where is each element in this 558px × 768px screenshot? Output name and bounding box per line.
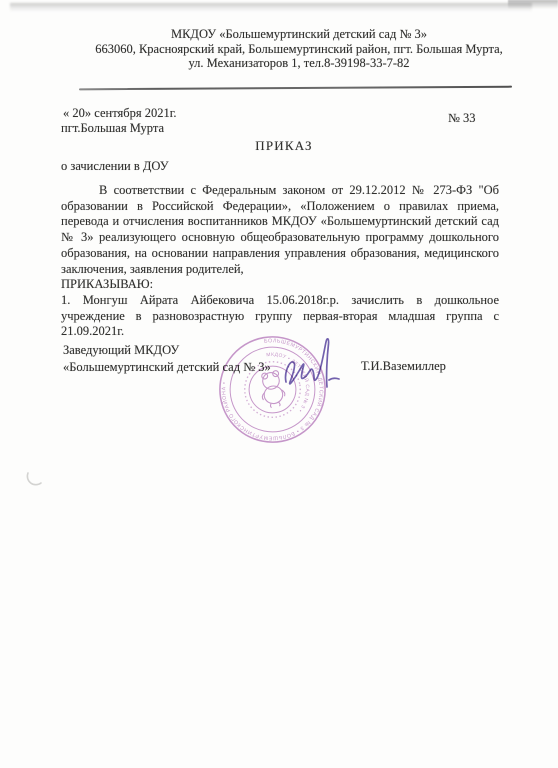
organization-phone: ул. Механизаторов 1, тел.8-39198-33-7-82	[70, 56, 528, 71]
scan-crescent-mark	[25, 469, 45, 489]
document-number: № 33	[448, 111, 476, 126]
document-place: пгт.Большая Мурта	[61, 121, 164, 136]
document-date: « 20» сентября 2021г.	[63, 106, 177, 121]
organization-address: 663060, Красноярский край, Большемуртинс…	[70, 42, 528, 57]
document-body: В соответствии с Федеральным законом от …	[61, 183, 499, 340]
signer-position-line1: Заведующий МКДОУ	[63, 343, 179, 358]
decree-word: ПРИКАЗЫВАЮ:	[61, 277, 499, 293]
organization-name: МКДОУ «Большемуртинский детский сад № 3»	[70, 27, 528, 42]
body-paragraph: В соответствии с Федеральным законом от …	[61, 183, 499, 277]
handwritten-signature	[281, 335, 343, 399]
scan-shadow-corner	[508, 0, 558, 9]
document-title: ПРИКАЗ	[60, 138, 508, 154]
signer-name: Т.И.Ваземиллер	[361, 359, 446, 374]
scan-shadow-top	[10, 3, 532, 12]
header-divider	[79, 86, 512, 90]
document-subject: о зачислении в ДОУ	[61, 159, 169, 174]
scanned-order-document: МКДОУ «Большемуртинский детский сад № 3»…	[0, 0, 558, 768]
letterhead: МКДОУ «Большемуртинский детский сад № 3»…	[70, 27, 528, 71]
